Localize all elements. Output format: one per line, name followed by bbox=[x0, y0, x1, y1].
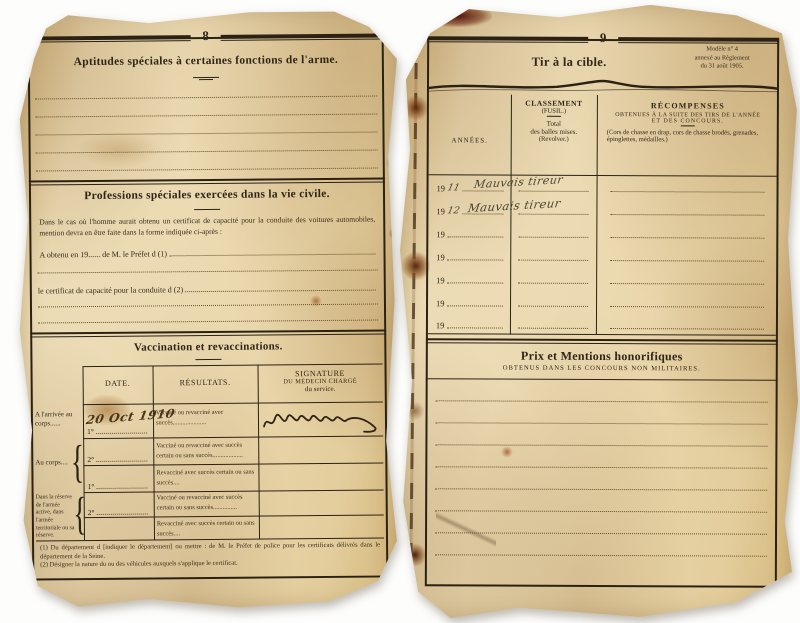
reserve-result-1: Vacciné ou revacciné avec succès certain… bbox=[157, 493, 257, 513]
dotted-leader bbox=[447, 282, 504, 283]
corps-result-2: Revacciné avec succès certain ou sans su… bbox=[156, 468, 256, 488]
sub-number: 1° bbox=[88, 482, 95, 491]
reserve-group-brace: { bbox=[73, 489, 87, 540]
blank-line bbox=[36, 150, 378, 154]
professions-intro: Dans le cas où l'homme aurait obtenu un … bbox=[39, 214, 375, 239]
dotted-leader bbox=[610, 283, 764, 285]
dotted-leader bbox=[96, 433, 147, 434]
signature-header-line3: du service. bbox=[258, 384, 383, 393]
year-handwritten: 11 bbox=[446, 182, 460, 193]
tir-title: Tir à la cible. bbox=[469, 54, 669, 70]
title-flourish bbox=[30, 73, 382, 81]
dotted-leader bbox=[447, 259, 504, 260]
year-cell: 19 bbox=[428, 220, 510, 243]
right-page-frame: 9 Tir à la cible. Modèle n° 4 annexé au … bbox=[425, 38, 779, 588]
blank-line bbox=[436, 400, 768, 402]
section-divider bbox=[426, 378, 778, 381]
dotted-leader bbox=[447, 236, 504, 237]
section-divider bbox=[426, 338, 778, 345]
recompenses-cell bbox=[596, 267, 776, 291]
section-divider bbox=[29, 177, 385, 185]
title-flourish bbox=[31, 205, 383, 211]
dotted-leader bbox=[446, 327, 503, 328]
recompenses-line3: ET DES CONCOURS. bbox=[603, 118, 773, 125]
header-rule bbox=[221, 33, 384, 40]
model-note: Modèle n° 4 annexé au Règlement du 31 ao… bbox=[669, 45, 775, 71]
left-page: 8 Aptitudes spéciales à certaines foncti… bbox=[14, 5, 400, 611]
dotted-leader bbox=[447, 305, 504, 306]
year-printed: 19 bbox=[436, 320, 445, 330]
left-page-wrap: 8 Aptitudes spéciales à certaines foncti… bbox=[14, 5, 400, 611]
recompenses-cell bbox=[596, 312, 776, 336]
blank-line bbox=[435, 444, 767, 446]
dotted-leader bbox=[518, 214, 588, 215]
corps-sub1: 1° bbox=[87, 418, 149, 437]
table-line bbox=[152, 365, 155, 539]
table-line bbox=[83, 363, 383, 367]
dotted-leader bbox=[518, 306, 588, 307]
recompenses-line1: RÉCOMPENSES bbox=[603, 101, 773, 111]
year-printed: 19 bbox=[436, 275, 445, 285]
dotted-leader bbox=[518, 328, 588, 329]
year-printed: 19 bbox=[437, 183, 446, 193]
right-page: 9 Tir à la cible. Modèle n° 4 annexé au … bbox=[396, 3, 798, 620]
year-printed: 19 bbox=[436, 252, 445, 262]
dotted-leader bbox=[169, 254, 375, 257]
reserve-sub2: 2° bbox=[88, 499, 150, 518]
rust-spot bbox=[404, 543, 426, 567]
dotted-leader bbox=[97, 514, 148, 515]
classement-line5: (Revolver.) bbox=[513, 136, 595, 143]
classement-cell bbox=[510, 290, 596, 313]
year-printed: 19 bbox=[436, 298, 445, 308]
vaccination-title: Vaccination et revaccinations. bbox=[38, 340, 378, 355]
year-printed: 19 bbox=[436, 229, 445, 239]
tir-row-blank: 19 bbox=[428, 243, 776, 268]
blank-line bbox=[35, 114, 377, 118]
blank-line bbox=[35, 96, 377, 100]
classement-line1: CLASSEMENT bbox=[513, 99, 595, 108]
reserve-result-2: Revacciné avec succès certain ou sans su… bbox=[157, 519, 257, 539]
dotted-leader bbox=[519, 191, 589, 192]
obtained-line-text: A obtenu en 19...... de M. le Préfet d (… bbox=[39, 249, 167, 259]
blank-line bbox=[36, 168, 378, 172]
dotted-leader bbox=[96, 488, 147, 489]
footnote-2: (2) Désigner la nature du ou des véhicul… bbox=[40, 559, 380, 571]
year-printed: 19 bbox=[436, 206, 445, 216]
right-page-wrap: 9 Tir à la cible. Modèle n° 4 annexé au … bbox=[396, 3, 798, 620]
vaccination-table: DATE. RÉSULTATS. SIGNATURE DU MÉDECIN CH… bbox=[35, 363, 385, 540]
recompenses-note: (Cors de chasse en drap, cors de chasse … bbox=[603, 129, 773, 144]
title-flourish bbox=[32, 355, 384, 361]
obtained-line: A obtenu en 19...... de M. le Préfet d (… bbox=[39, 248, 377, 260]
corps-group-brace: { bbox=[71, 437, 85, 488]
dotted-leader bbox=[185, 290, 376, 293]
dotted-leader bbox=[610, 260, 764, 262]
sub-number: 2° bbox=[87, 455, 94, 464]
dotted-leader bbox=[518, 237, 588, 238]
table-line bbox=[83, 401, 383, 405]
year-cell: 19 bbox=[428, 243, 510, 266]
blank-line bbox=[38, 320, 378, 324]
arrival-result-text: Vacciné ou revacciné avec succès........… bbox=[156, 408, 256, 428]
classement-column-header: CLASSEMENT (FUSIL.) Total des balles mis… bbox=[513, 99, 595, 143]
results-column-header: RÉSULTATS. bbox=[153, 378, 258, 388]
blank-line bbox=[35, 132, 377, 136]
section-divider bbox=[30, 329, 386, 337]
dotted-leader bbox=[610, 306, 764, 308]
tir-row-blank: 19 bbox=[428, 289, 776, 314]
left-page-frame: 8 Aptitudes spéciales à certaines foncti… bbox=[28, 35, 389, 580]
reserve-group-label: Dans la réserve de l'armée active, dans … bbox=[36, 494, 76, 540]
reserve-sub1: 1° bbox=[87, 473, 149, 492]
certificate-line-text: le certificat de capacité pour la condui… bbox=[38, 285, 183, 295]
dash bbox=[547, 116, 561, 117]
classement-cell bbox=[510, 312, 596, 335]
red-stain bbox=[422, 5, 492, 27]
classement-cell bbox=[510, 244, 596, 267]
page-8-header: 8 bbox=[28, 28, 384, 47]
dotted-leader bbox=[518, 283, 588, 284]
professions-title: Professions spéciales exercées dans la v… bbox=[37, 188, 377, 203]
dotted-leader bbox=[611, 191, 765, 193]
classement-cell bbox=[510, 267, 596, 290]
rust-spot bbox=[404, 95, 428, 121]
tir-table: ANNÉES. CLASSEMENT (FUSIL.) Total des ba… bbox=[428, 90, 777, 336]
sub-number: 1° bbox=[87, 427, 94, 436]
blank-line bbox=[435, 466, 767, 468]
recompenses-column-header: RÉCOMPENSES OBTENUES À LA SUITE DES TIRS… bbox=[603, 101, 773, 144]
years-column-header: ANNÉES. bbox=[429, 136, 511, 144]
corps-sub2: 2° bbox=[87, 446, 149, 465]
dash bbox=[681, 125, 695, 126]
stitching-thread bbox=[409, 63, 417, 563]
dotted-leader bbox=[610, 214, 764, 216]
corps-group-label: Au corps.... bbox=[35, 458, 73, 467]
scanned-booklet-photo: 8 Aptitudes spéciales à certaines foncti… bbox=[0, 0, 800, 623]
sub-number: 2° bbox=[88, 508, 95, 517]
dotted-leader bbox=[518, 260, 588, 261]
aptitudes-title: Aptitudes spéciales à certaines fonction… bbox=[36, 54, 376, 69]
year-cell: 19 bbox=[428, 311, 510, 334]
blank-line bbox=[435, 488, 767, 490]
tir-row-blank: 19 bbox=[428, 220, 776, 245]
blank-line bbox=[435, 532, 767, 534]
tir-row-blank: 19 bbox=[428, 311, 776, 336]
table-line bbox=[83, 435, 383, 439]
year-cell: 19 bbox=[428, 266, 510, 289]
blank-line bbox=[38, 270, 378, 274]
tir-row-blank: 19 bbox=[428, 266, 776, 291]
corps-result-1: Vacciné ou revacciné avec succès certain… bbox=[156, 441, 256, 461]
header-rule bbox=[28, 35, 191, 42]
blank-line bbox=[435, 510, 767, 512]
recompenses-cell bbox=[596, 290, 776, 314]
recompenses-cell bbox=[596, 198, 776, 222]
recompenses-cell bbox=[596, 244, 776, 268]
year-cell: 19 bbox=[428, 289, 510, 312]
classement-cell bbox=[510, 221, 596, 244]
year-handwritten: 12 bbox=[446, 205, 460, 216]
header-rule bbox=[618, 37, 779, 44]
dotted-leader bbox=[610, 328, 764, 330]
prix-subtitle: OBTENUS DANS LES CONCOURS NON MILITAIRES… bbox=[434, 364, 770, 372]
blank-line bbox=[435, 554, 767, 556]
page-number: 8 bbox=[190, 28, 221, 44]
dotted-leader bbox=[610, 237, 764, 239]
model-note-line3: du 31 août 1905. bbox=[669, 63, 775, 72]
dotted-leader bbox=[96, 461, 147, 462]
medical-officer-signature bbox=[261, 405, 383, 436]
recompenses-cell bbox=[597, 175, 777, 199]
blank-line bbox=[38, 304, 378, 308]
arrival-row-label: A l'arrivée au corps...... bbox=[35, 410, 82, 429]
date-column-header: DATE. bbox=[83, 378, 153, 388]
page-number: 9 bbox=[588, 30, 619, 46]
prix-title: Prix et Mentions honorifiques bbox=[434, 348, 770, 364]
header-rule bbox=[427, 36, 588, 43]
certificate-line: le certificat de capacité pour la condui… bbox=[38, 284, 378, 296]
rust-spot bbox=[406, 401, 424, 421]
recompenses-cell bbox=[596, 221, 776, 245]
classement-line2: (FUSIL.) bbox=[513, 108, 595, 115]
blank-line bbox=[436, 422, 768, 424]
